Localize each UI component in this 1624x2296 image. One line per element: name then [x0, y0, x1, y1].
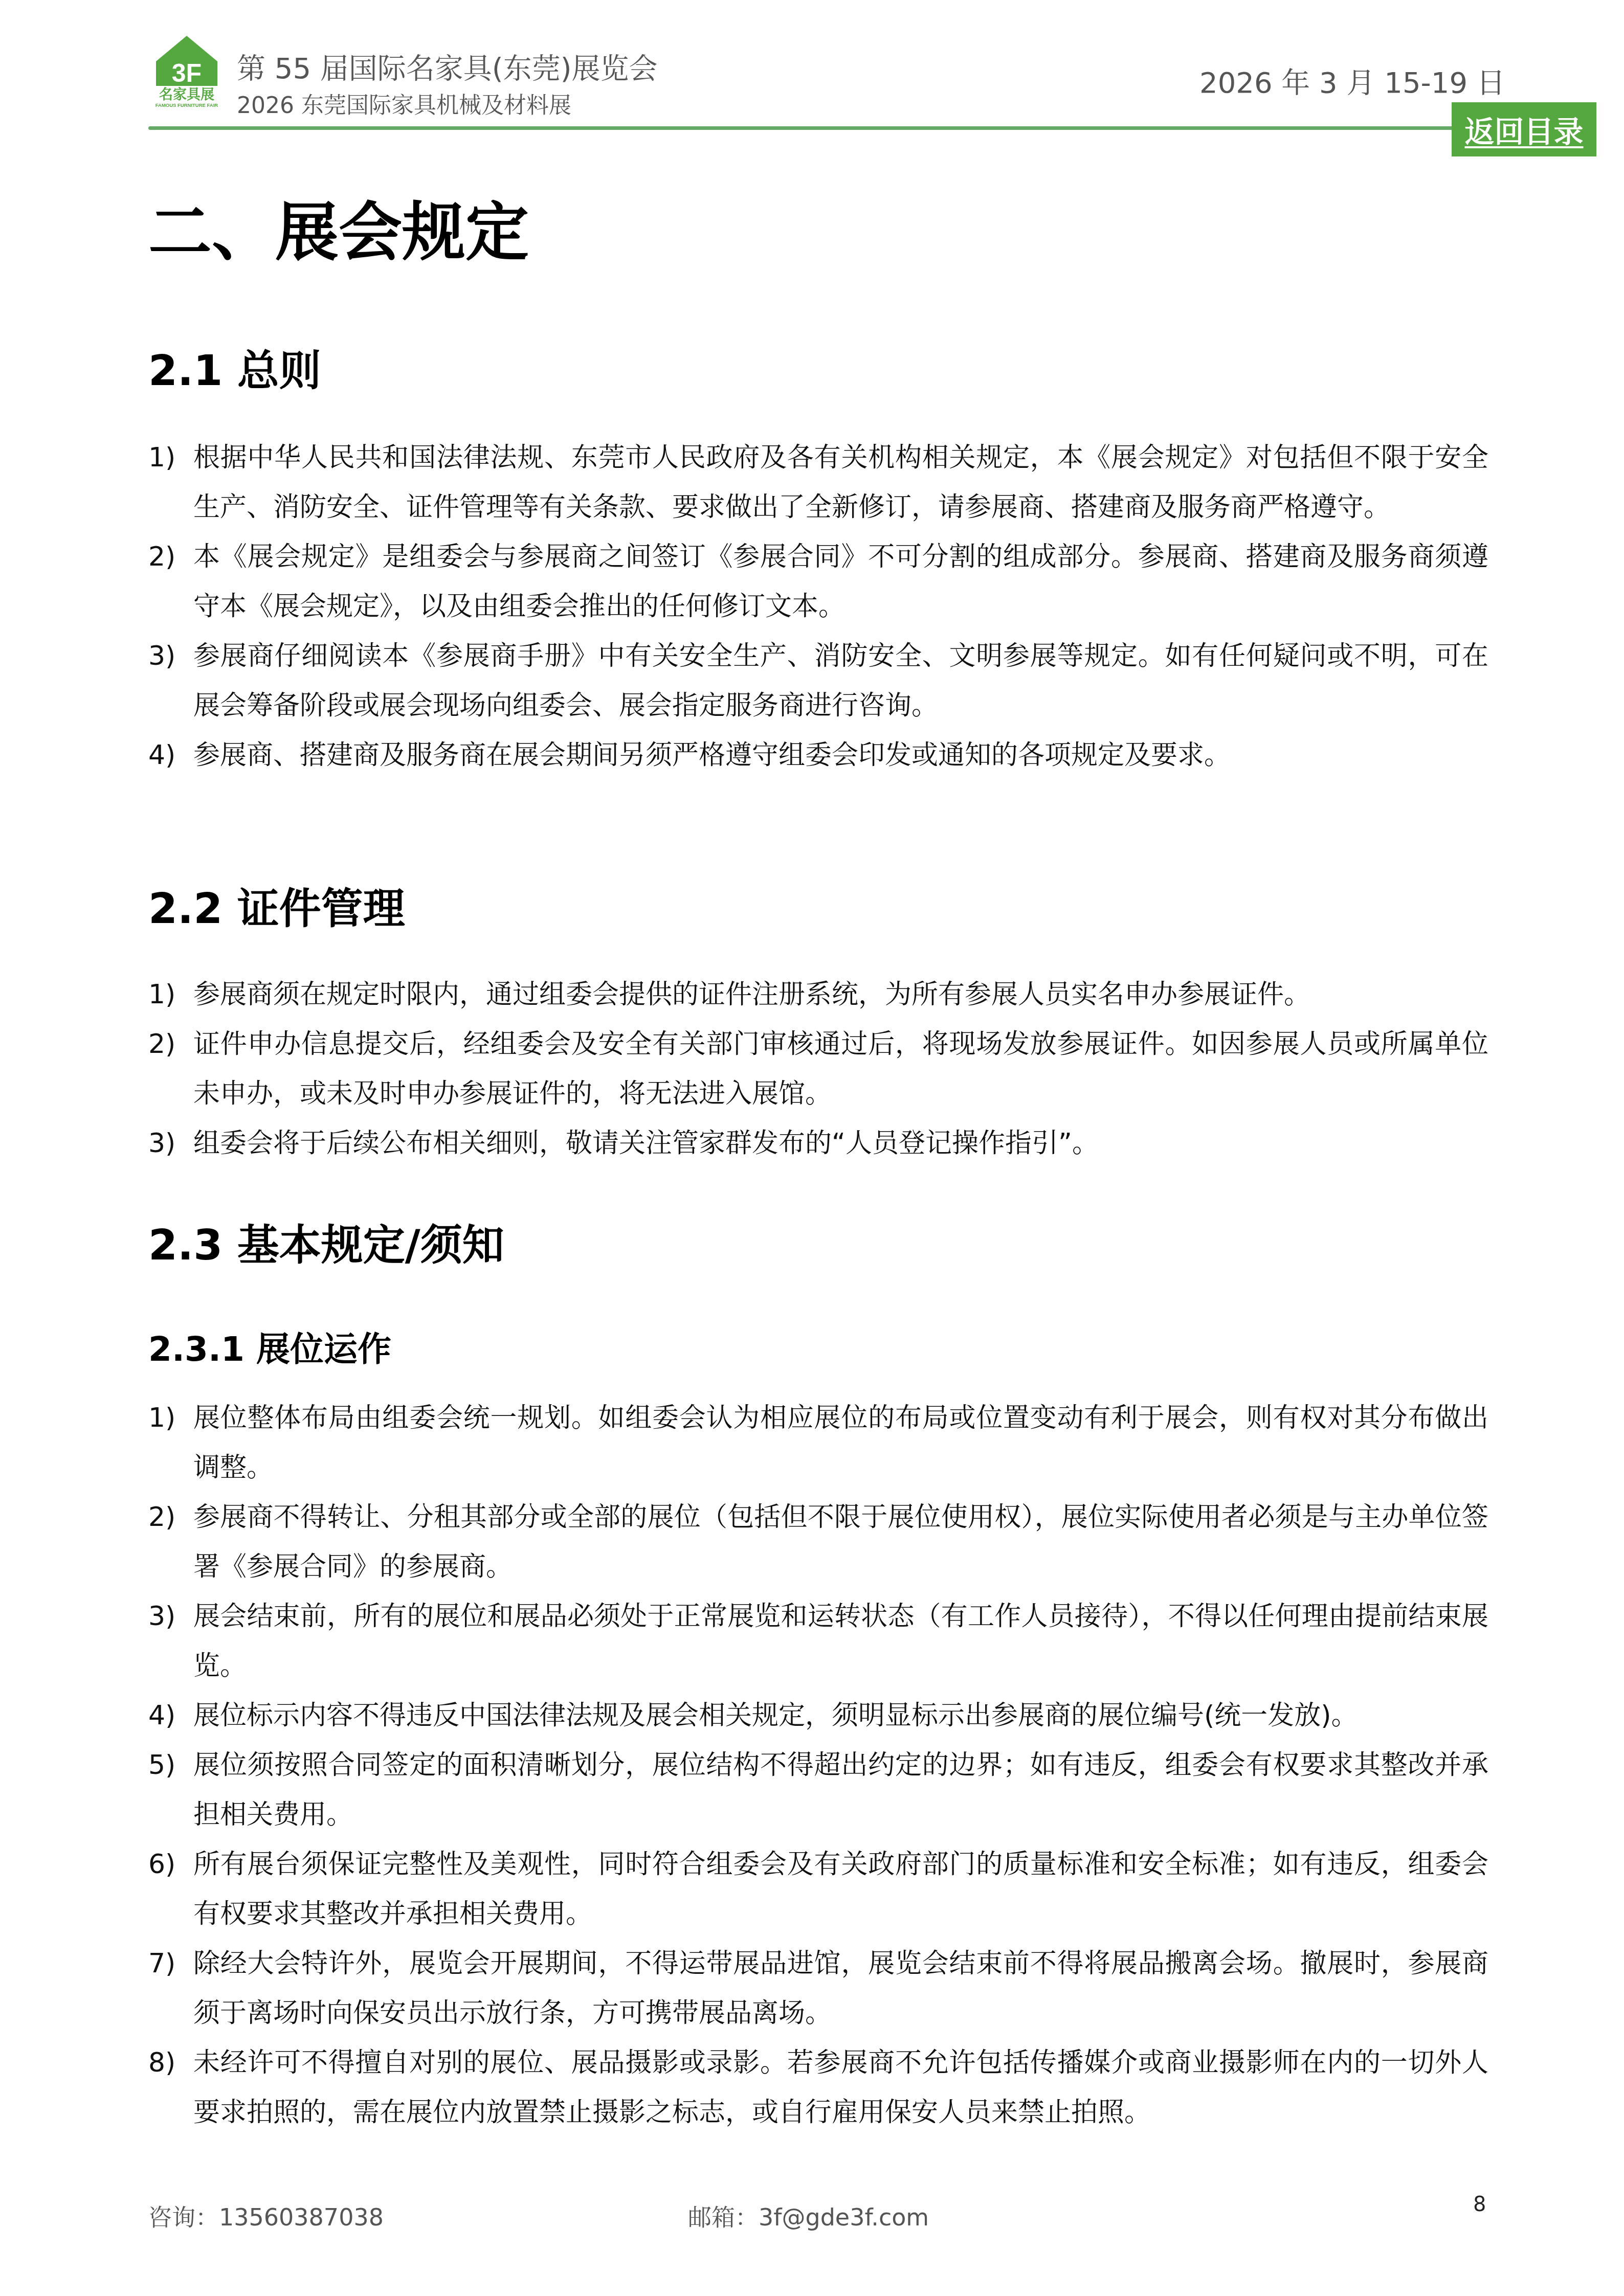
list-item: 2)参展商不得转让、分租其部分或全部的展位（包括但不限于展位使用权），展位实际使… [148, 1493, 1488, 1592]
section-2-2-list: 1)参展商须在规定时限内，通过组委会提供的证件注册系统，为所有参展人员实名申办参… [148, 970, 1488, 1168]
list-item: 1)展位整体布局由组委会统一规划。如组委会认为相应展位的布局或位置变动有利于展会… [148, 1393, 1488, 1493]
svg-text:FAMOUS FURNITURE FAIR: FAMOUS FURNITURE FAIR [155, 103, 218, 108]
fair-logo: 3F 名家具展 FAMOUS FURNITURE FAIR [153, 35, 220, 109]
section-2-1-list: 1)根据中华人民共和国法律法规、东莞市人民政府及各有关机构相关规定，本《展会规定… [148, 433, 1488, 780]
page-number: 8 [1473, 2193, 1486, 2216]
list-item: 1)参展商须在规定时限内，通过组委会提供的证件注册系统，为所有参展人员实名申办参… [148, 970, 1488, 1020]
section-heading-2-2: 2.2 证件管理 [148, 875, 405, 935]
svg-text:名家具展: 名家具展 [159, 87, 214, 103]
svg-text:3F: 3F [172, 59, 202, 87]
section-heading-2-3: 2.3 基本规定/须知 [148, 1212, 504, 1272]
footer-consult-phone: 咨询：13560387038 [148, 2199, 384, 2233]
list-item: 3)展会结束前，所有的展位和展品必须处于正常展览和运转状态（有工作人员接待），不… [148, 1592, 1488, 1691]
list-item: 5)展位须按照合同签定的面积清晰划分，展位结构不得超出约定的边界；如有违反，组委… [148, 1741, 1488, 1840]
house-logo-icon: 3F 名家具展 FAMOUS FURNITURE FAIR [153, 35, 220, 109]
section-heading-2-1: 2.1 总则 [148, 337, 321, 397]
fair-subtitle: 2026 东莞国际家具机械及材料展 [237, 87, 571, 120]
section-2-3-1-list: 1)展位整体布局由组委会统一规划。如组委会认为相应展位的布局或位置变动有利于展会… [148, 1393, 1488, 2137]
list-item: 6)所有展台须保证完整性及美观性，同时符合组委会及有关政府部门的质量标准和安全标… [148, 1840, 1488, 1939]
page-title: 二、展会规定 [148, 182, 529, 273]
subsection-heading-2-3-1: 2.3.1 展位运作 [148, 1322, 391, 1370]
list-item: 2)本《展会规定》是组委会与参展商之间签订《参展合同》不可分割的组成部分。参展商… [148, 532, 1488, 632]
list-item: 8)未经许可不得擅自对别的展位、展品摄影或录影。若参展商不允许包括传播媒介或商业… [148, 2038, 1488, 2137]
header-divider [148, 126, 1458, 130]
back-to-toc-button[interactable]: 返回目录 [1452, 102, 1596, 156]
list-item: 7)除经大会特许外，展览会开展期间，不得运带展品进馆，展览会结束前不得将展品搬离… [148, 1939, 1488, 2038]
footer-email: 邮箱：3f@gde3f.com [688, 2199, 929, 2233]
fair-date: 2026 年 3 月 15-19 日 [1199, 60, 1505, 101]
list-item: 3)参展商仔细阅读本《参展商手册》中有关安全生产、消防安全、文明参展等规定。如有… [148, 632, 1488, 731]
list-item: 4)展位标示内容不得违反中国法律法规及展会相关规定，须明显标示出参展商的展位编号… [148, 1691, 1488, 1741]
list-item: 4)参展商、搭建商及服务商在展会期间另须严格遵守组委会印发或通知的各项规定及要求… [148, 731, 1488, 780]
list-item: 1)根据中华人民共和国法律法规、东莞市人民政府及各有关机构相关规定，本《展会规定… [148, 433, 1488, 532]
fair-title: 第 55 届国际名家具(东莞)展览会 [237, 46, 658, 87]
list-item: 3)组委会将于后续公布相关细则，敬请关注管家群发布的“人员登记操作指引”。 [148, 1119, 1488, 1168]
list-item: 2)证件申办信息提交后，经组委会及安全有关部门审核通过后，将现场发放参展证件。如… [148, 1020, 1488, 1119]
